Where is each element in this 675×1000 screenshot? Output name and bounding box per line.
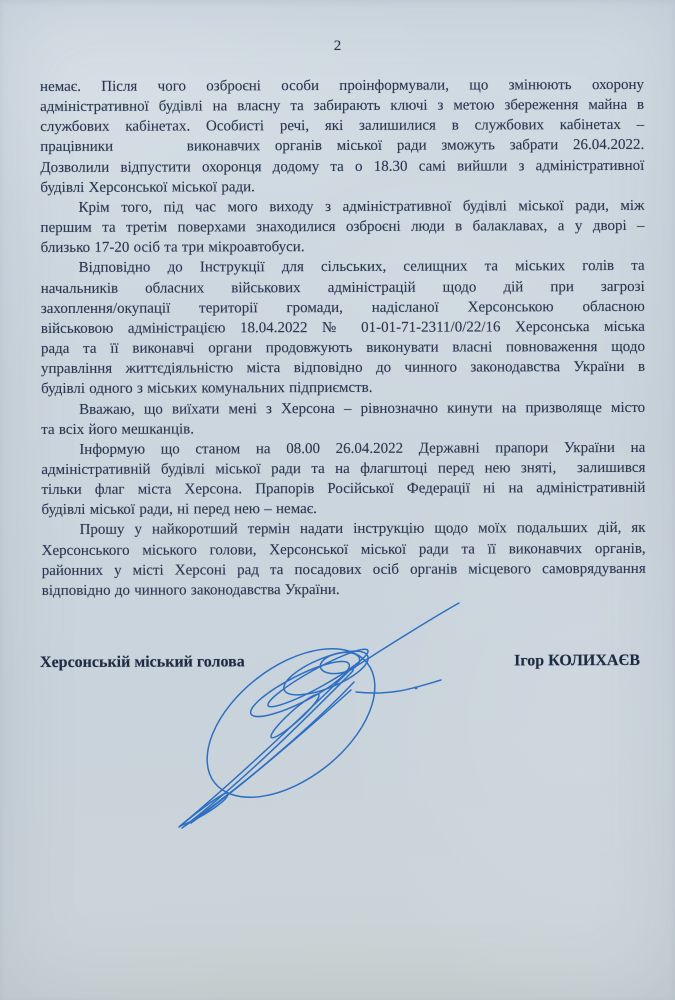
document-line: рада та її виконавчі органи продовжують … — [41, 337, 645, 359]
document-line: та всіх його мешканців. — [41, 418, 645, 440]
document-line: Вважаю, що виїхати мені з Херсона – рівн… — [41, 397, 645, 419]
document-line: службових кабінетах. Особисті речі, які … — [40, 115, 644, 137]
document-line: районних у місті Херсоні рад та посадови… — [42, 559, 646, 581]
document-line: будівлі міської ради, ні перед нею – нем… — [41, 498, 645, 520]
document-line: начальників обласних військових адмініст… — [41, 276, 645, 298]
signer-name: Ігор КОЛИХАЄВ — [514, 652, 640, 670]
document-line: працівники виконавчих органів міської ра… — [40, 135, 644, 157]
document-line: адміністративній будівлі міської ради та… — [41, 458, 645, 480]
document-line: захоплення/окупації території громади, н… — [41, 297, 645, 319]
document-line: адміністративної будівлі на власну та за… — [40, 95, 644, 117]
document-line: немає. Після чого озброєні особи проінфо… — [40, 75, 644, 97]
document-line: Херсонського міського голови, Херсонсько… — [42, 538, 646, 560]
document-line: управління життєдіяльністю міста відпові… — [41, 357, 645, 379]
document-line: будівлі одного з міських комунальних під… — [41, 377, 645, 399]
scanned-page: 2 немає. Після чого озброєні особи проін… — [0, 0, 675, 1000]
document-line: Дозволили відпустити охоронця додому та … — [40, 156, 644, 178]
document-line: Відповідно до Інструкції для сільських, … — [41, 256, 645, 278]
document-line: близько 17-20 осіб та три мікроавтобуси. — [41, 236, 645, 258]
document-line: Прошу у найкоротший термін надати інстру… — [42, 518, 646, 540]
document-line: Крім того, під час мого виходу з адмініс… — [40, 196, 644, 218]
page-number: 2 — [0, 38, 675, 55]
document-line: першим та третім поверхами знаходилися о… — [40, 216, 644, 238]
document-line: тільки флаг міста Херсона. Прапорів Росі… — [41, 478, 645, 500]
document-line: відповідно до чинного законодавства Укра… — [42, 579, 646, 601]
signature-line: Херсонській міський голова Ігор КОЛИХАЄВ — [40, 652, 640, 672]
signature-title: Херсонській міський голова — [40, 653, 245, 672]
document-line: будівлі Херсонської міської ради. — [40, 176, 644, 198]
document-line: військовою адміністрацією 18.04.2022 № 0… — [41, 317, 645, 339]
document-body: немає. Після чого озброєні особи проінфо… — [40, 75, 646, 601]
document-line: Інформую що станом на 08.00 26.04.2022 Д… — [41, 438, 645, 460]
